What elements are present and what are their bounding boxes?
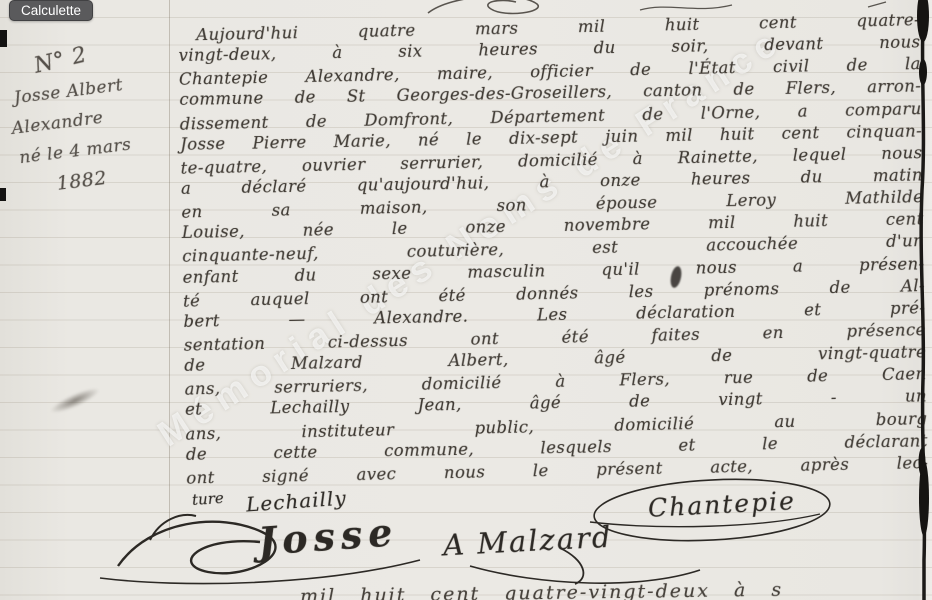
margin-notes: N° 2Josse AlbertAlexandrené le 4 mars188… bbox=[2, 27, 182, 204]
signature-lechailly: Lechailly bbox=[245, 486, 347, 517]
ink-smudge bbox=[48, 384, 103, 418]
calculette-button[interactable]: Calculette bbox=[9, 0, 93, 21]
signature-chantepie: Chantepie bbox=[647, 486, 796, 523]
act-text: Aujourd'hui quatre mars mil huit cent qu… bbox=[178, 10, 928, 488]
register-scan-page[interactable]: Mémorial des Noms de France N° 2Josse Al… bbox=[0, 0, 932, 600]
film-mark bbox=[0, 188, 6, 201]
film-mark bbox=[0, 30, 7, 47]
signature-malzard: A Malzard bbox=[442, 520, 613, 563]
signature-josse: Josse bbox=[257, 509, 400, 564]
next-act-partial-line: mil huit cent quatre-vingt-deux à s bbox=[300, 579, 783, 600]
closing-word: ture bbox=[191, 489, 224, 509]
